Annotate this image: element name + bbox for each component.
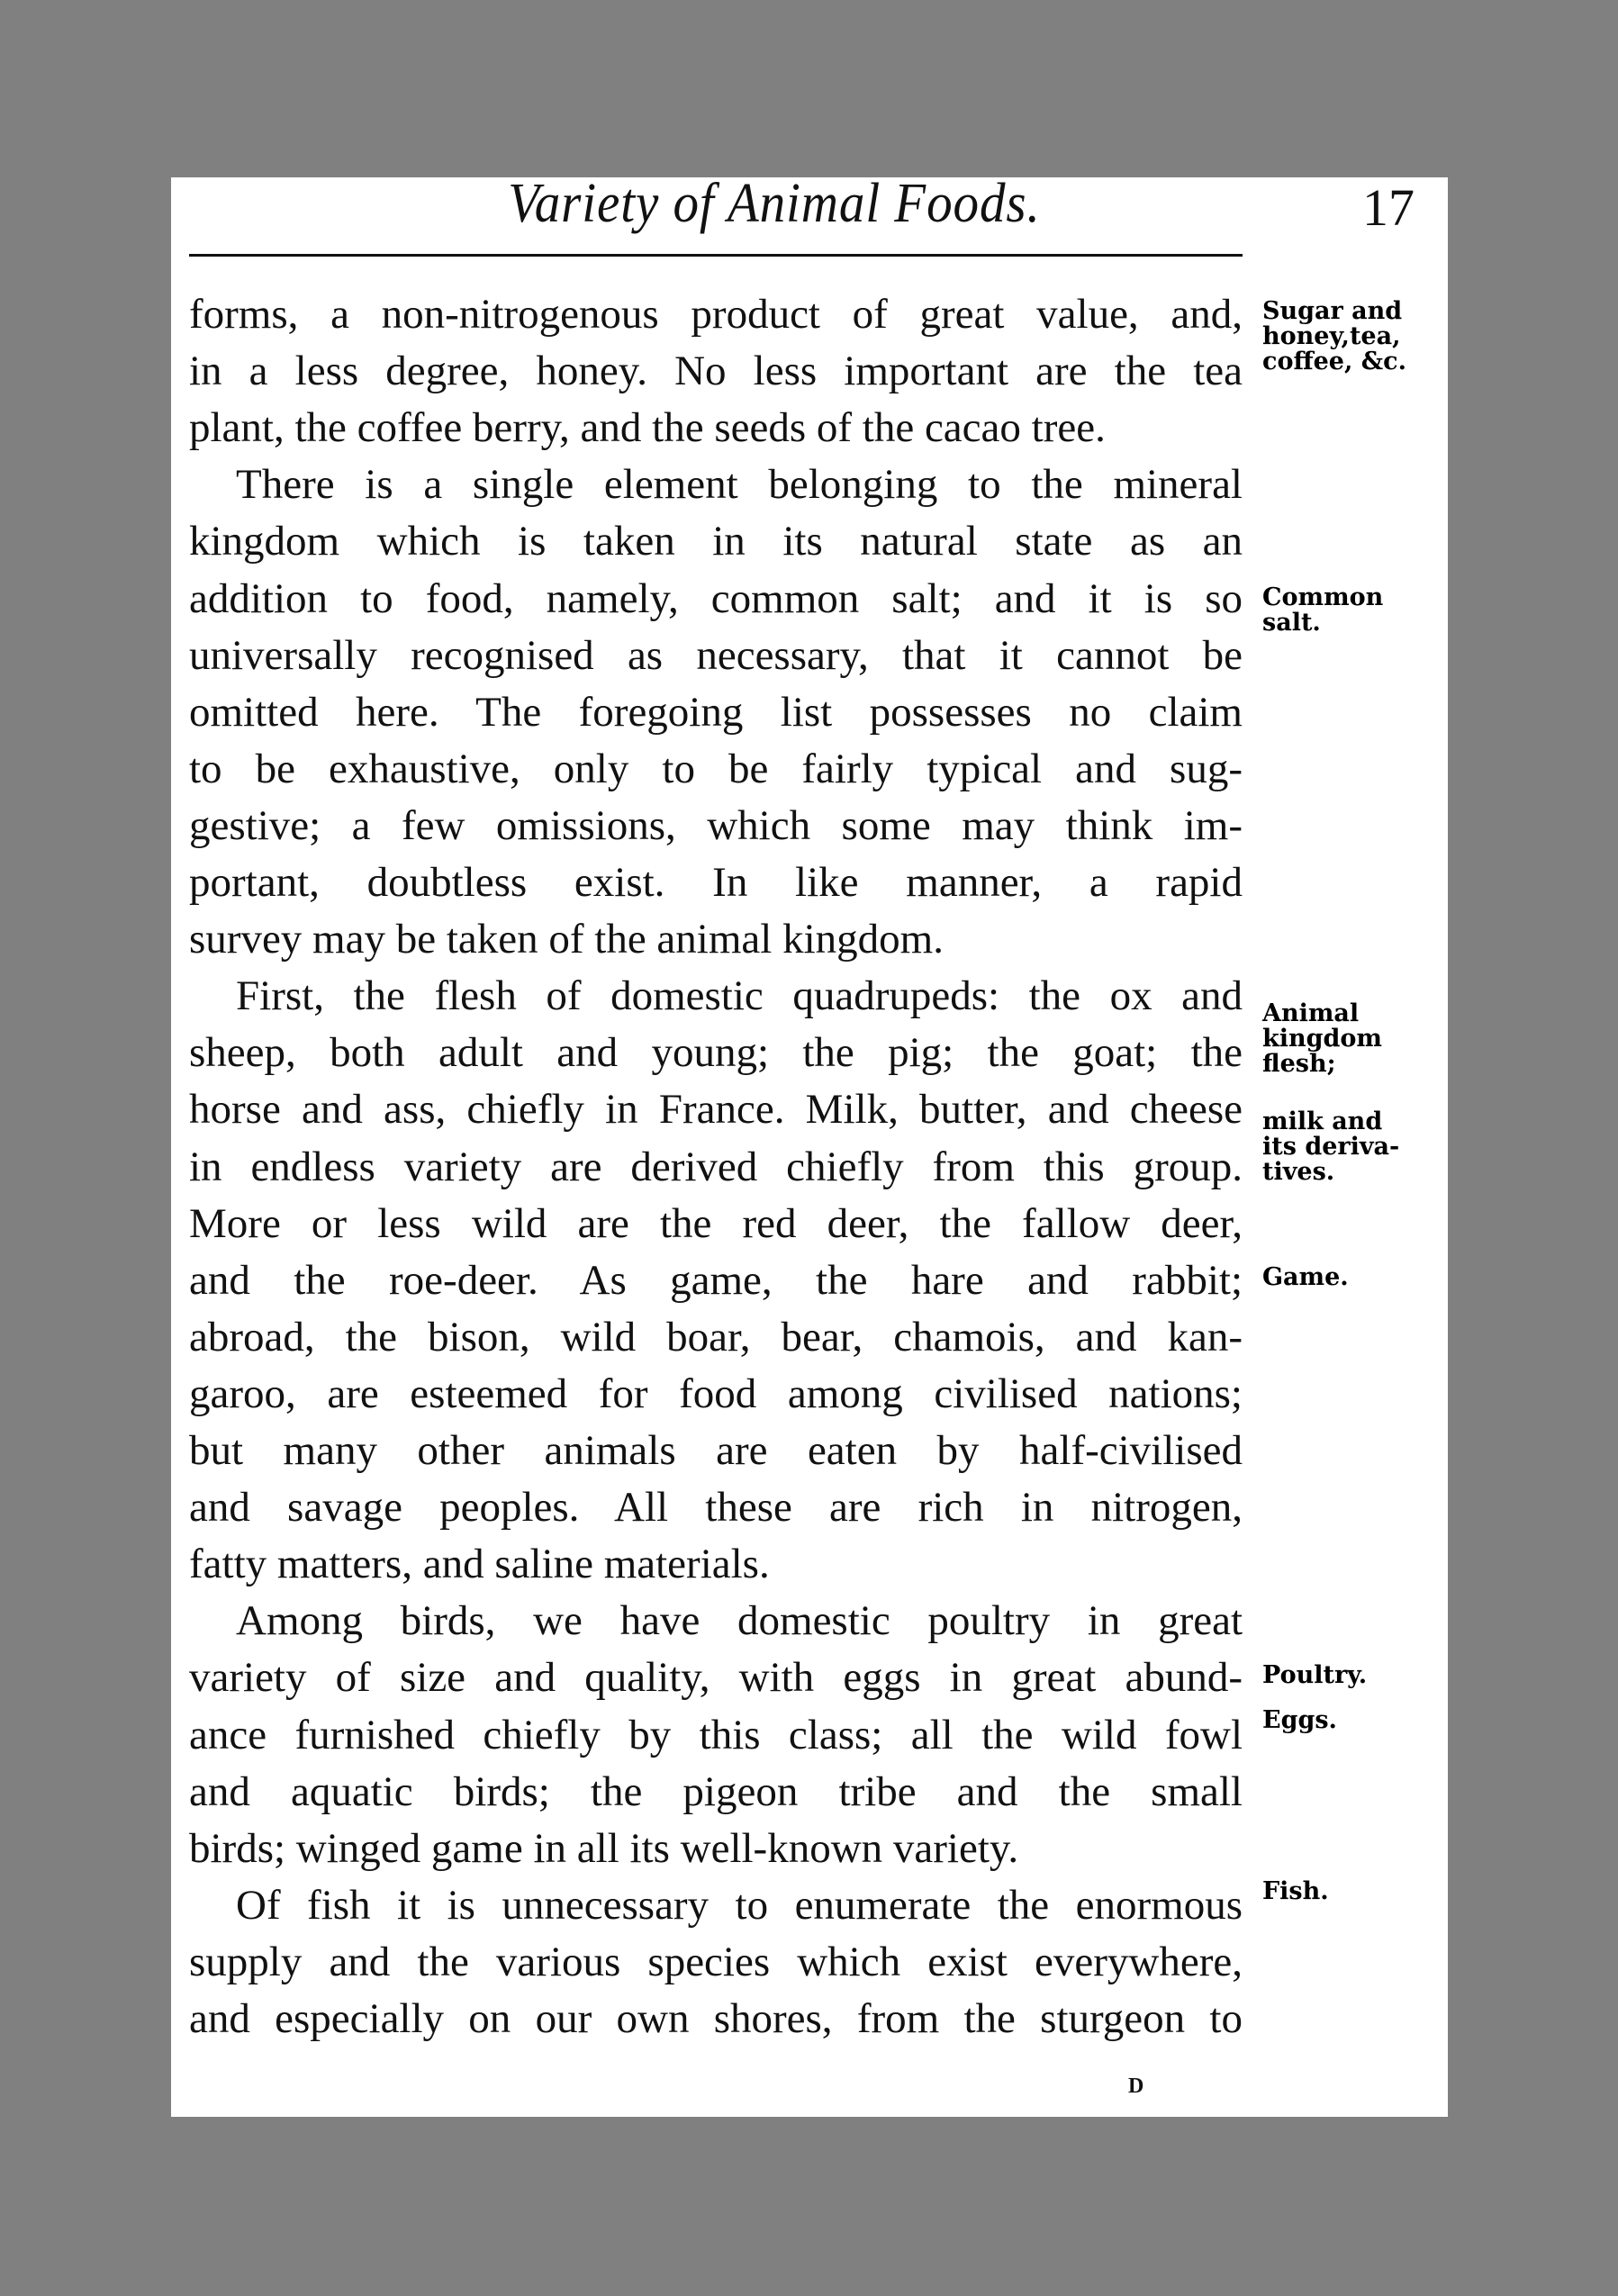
text-line-content: to be exhaustive, only to be fairly typi… [189,742,1243,796]
text-line-content: portant, doubtless exist. In like manner… [189,855,1243,909]
text-line-content: There is a single element belonging to t… [236,457,1243,511]
text-line-content: sheep, both adult and young; the pig; th… [189,1026,1243,1080]
text-line-content: ance furnished chiefly by this class; al… [189,1708,1243,1762]
text-line: supply and the various species which exi… [189,1935,1243,1989]
margin-note-common-salt: Commonsalt. [1262,585,1383,636]
margin-note-poultry: Poultry. [1262,1663,1367,1688]
margin-note-line: tives. [1262,1160,1399,1185]
text-line: Among birds, we have domestic poultry in… [189,1594,1243,1648]
text-line: forms, a non-nitrogenous product of grea… [189,287,1243,341]
margin-note-line: Eggs. [1262,1708,1337,1733]
text-line: More or less wild are the red deer, the … [189,1197,1243,1251]
margin-note-game: Game. [1262,1265,1349,1290]
text-line-content: First, the flesh of domestic quadrupeds:… [236,969,1243,1023]
text-line: sheep, both adult and young; the pig; th… [189,1026,1243,1080]
text-line: fatty matters, and saline materials. [189,1537,1243,1591]
text-line: variety of size and quality, with eggs i… [189,1650,1243,1704]
margin-note-line: Animal [1262,1001,1382,1026]
text-line: There is a single element belonging to t… [189,457,1243,511]
text-line-content: and especially on our own shores, from t… [189,1992,1243,2046]
margin-note-sugar-honey-tea-coffee: Sugar andhoney,tea,coffee, &c. [1262,299,1406,375]
margin-note-animal-kingdom-flesh: Animalkingdomflesh; [1262,1001,1382,1077]
margin-note-line: Poultry. [1262,1663,1367,1688]
margin-note-line: milk and [1262,1109,1399,1134]
text-line: in a less degree, honey. No less importa… [189,344,1243,398]
text-line: Of fish it is unnecessary to enumerate t… [189,1878,1243,1932]
text-line-content: Among birds, we have domestic poultry in… [236,1594,1243,1648]
text-line: abroad, the bison, wild boar, bear, cham… [189,1310,1243,1364]
text-line-content: supply and the various species which exi… [189,1935,1243,1989]
text-line-content: but many other animals are eaten by half… [189,1424,1243,1478]
text-line-content: variety of size and quality, with eggs i… [189,1650,1243,1704]
text-line-content: addition to food, namely, common salt; a… [189,572,1243,626]
text-line: but many other animals are eaten by half… [189,1424,1243,1478]
text-line: addition to food, namely, common salt; a… [189,572,1243,626]
text-line: and the roe-deer. As game, the hare and … [189,1253,1243,1307]
text-line-content: and the roe-deer. As game, the hare and … [189,1253,1243,1307]
margin-note-fish: Fish. [1262,1879,1329,1904]
text-line: and especially on our own shores, from t… [189,1992,1243,2046]
margin-note-line: honey,tea, [1262,324,1406,349]
text-line-content: kingdom which is taken in its natural st… [189,514,1243,568]
text-line: and aquatic birds; the pigeon tribe and … [189,1765,1243,1819]
margin-note-line: salt. [1262,610,1383,636]
text-line: and savage peoples. All these are rich i… [189,1480,1243,1534]
text-line-content: omitted here. The foregoing list possess… [189,685,1243,739]
text-line: universally recognised as necessary, tha… [189,628,1243,682]
text-line: birds; winged game in all its well-known… [189,1821,1243,1876]
text-line-content: survey may be taken of the animal kingdo… [189,912,1243,966]
margin-note-milk-derivatives: milk andits deriva-tives. [1262,1109,1399,1185]
running-title: Variety of Animal Foods. [402,172,1147,236]
text-line: omitted here. The foregoing list possess… [189,685,1243,739]
page-number: 17 [1362,177,1415,238]
text-line-content: horse and ass, chiefly in France. Milk, … [189,1082,1243,1136]
text-line-content: More or less wild are the red deer, the … [189,1197,1243,1251]
text-line: in endless variety are derived chiefly f… [189,1140,1243,1194]
text-line: horse and ass, chiefly in France. Milk, … [189,1082,1243,1136]
text-line-content: forms, a non-nitrogenous product of grea… [189,287,1243,341]
text-line-content: and savage peoples. All these are rich i… [189,1480,1243,1534]
text-line: garoo, are esteemed for food among civil… [189,1367,1243,1421]
text-line-content: birds; winged game in all its well-known… [189,1821,1243,1876]
margin-note-line: Fish. [1262,1879,1329,1904]
signature-mark: D [1128,2075,1143,2099]
margin-note-line: its deriva- [1262,1134,1399,1160]
text-line: ance furnished chiefly by this class; al… [189,1708,1243,1762]
text-line: to be exhaustive, only to be fairly typi… [189,742,1243,796]
text-line: portant, doubtless exist. In like manner… [189,855,1243,909]
text-line: gestive; a few omissions, which some may… [189,799,1243,853]
text-line-content: in endless variety are derived chiefly f… [189,1140,1243,1194]
text-line-content: fatty matters, and saline materials. [189,1537,1243,1591]
text-line-content: plant, the coffee berry, and the seeds o… [189,401,1243,455]
margin-note-line: kingdom [1262,1026,1382,1052]
text-line-content: universally recognised as necessary, tha… [189,628,1243,682]
margin-note-line: Sugar and [1262,299,1406,324]
header-rule [189,254,1243,257]
text-line: First, the flesh of domestic quadrupeds:… [189,969,1243,1023]
text-line-content: garoo, are esteemed for food among civil… [189,1367,1243,1421]
margin-note-line: Common [1262,585,1383,610]
margin-note-line: flesh; [1262,1052,1382,1077]
text-line: survey may be taken of the animal kingdo… [189,912,1243,966]
text-line-content: Of fish it is unnecessary to enumerate t… [236,1878,1243,1932]
margin-note-eggs: Eggs. [1262,1708,1337,1733]
text-line-content: gestive; a few omissions, which some may… [189,799,1243,853]
book-page: Variety of Animal Foods. 17 forms, a non… [171,177,1448,2117]
text-line: kingdom which is taken in its natural st… [189,514,1243,568]
text-line: plant, the coffee berry, and the seeds o… [189,401,1243,455]
margin-note-line: Game. [1262,1265,1349,1290]
margin-note-line: coffee, &c. [1262,349,1406,375]
text-line-content: in a less degree, honey. No less importa… [189,344,1243,398]
text-line-content: and aquatic birds; the pigeon tribe and … [189,1765,1243,1819]
text-line-content: abroad, the bison, wild boar, bear, cham… [189,1310,1243,1364]
